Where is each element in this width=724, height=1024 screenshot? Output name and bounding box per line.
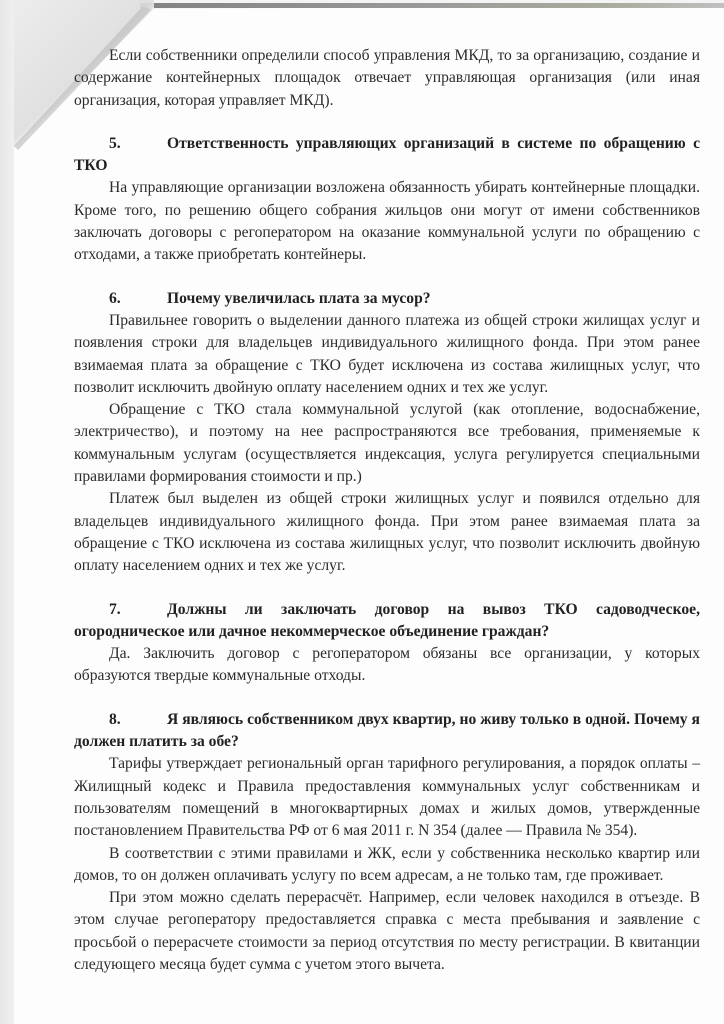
section-5: 5.Ответственность управляющих организаци… [74,133,700,267]
section-heading: 8.Я являюсь собственником двух квартир, … [74,709,700,754]
section-7: 7.Должны ли заключать договор на вывоз Т… [74,599,700,688]
section-paragraph: В соответствии с этими правилами и ЖК, е… [74,843,700,888]
section-paragraph: Платеж был выделен из общей строки жилищ… [74,488,700,577]
section-paragraph: Тарифы утверждает региональный орган тар… [74,753,700,842]
section-paragraph: При этом можно сделать перерасчёт. Напри… [74,887,700,976]
section-paragraph: Да. Заключить договор с регоператором об… [74,643,700,688]
section-paragraph: Правильнее говорить о выделении данного … [74,310,700,399]
section-heading: 7.Должны ли заключать договор на вывоз Т… [74,599,700,644]
section-title: Должны ли заключать договор на вывоз ТКО… [74,601,700,640]
section-number: 5. [109,133,167,155]
section-number: 6. [109,288,167,310]
section-6: 6.Почему увеличилась плата за мусор? Пра… [74,288,700,578]
section-heading: 5.Ответственность управляющих организаци… [74,133,700,178]
intro-paragraph: Если собственники определили способ упра… [74,45,700,112]
section-paragraph: На управляющие организации возложена обя… [74,177,700,266]
section-number: 8. [109,709,167,731]
document-body: Если собственники определили способ упра… [74,45,700,976]
section-title: Ответственность управляющих организаций … [74,135,700,174]
section-title: Я являюсь собственником двух квартир, но… [74,711,700,750]
section-heading: 6.Почему увеличилась плата за мусор? [74,288,700,310]
scan-top-edge [140,3,724,8]
section-title: Почему увеличилась плата за мусор? [167,290,431,307]
section-number: 7. [109,599,167,621]
section-8: 8.Я являюсь собственником двух квартир, … [74,709,700,977]
section-paragraph: Обращение с ТКО стала коммунальной услуг… [74,399,700,488]
scan-left-margin [0,0,15,1024]
